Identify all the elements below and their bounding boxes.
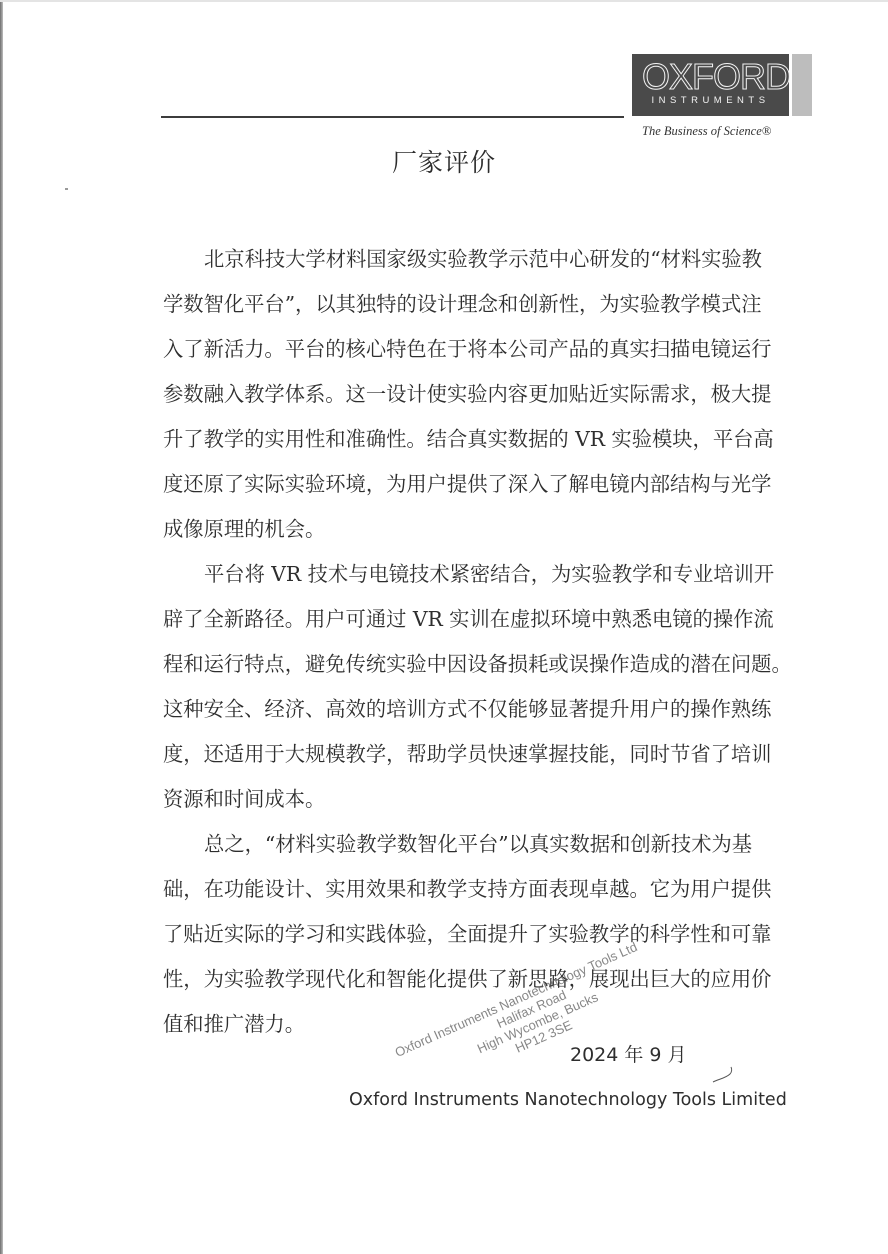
text-line: 平台将 VR 技术与电镜技术紧密结合，为实验教学和专业培训开 [163, 552, 758, 597]
scan-speck [65, 188, 68, 190]
document-title: 厂家评价 [0, 146, 888, 180]
text-line: 成像原理的机会。 [163, 507, 758, 552]
text-line: 度还原了实际实验环境，为用户提供了深入了解电镜内部结构与光学 [163, 462, 758, 507]
text-line: 总之，“材料实验教学数智化平台”以真实数据和创新技术为基 [163, 822, 758, 867]
logo-strip [792, 54, 812, 116]
text-line: 入了新活力。平台的核心特色在于将本公司产品的真实扫描电镜运行 [163, 327, 758, 372]
text-line: 学数智化平台”，以其独特的设计理念和创新性，为实验教学模式注 [163, 282, 758, 327]
scan-edge-top [0, 0, 888, 2]
document-body: 北京科技大学材料国家级实验教学示范中心研发的“材料实验教 学数智化平台”，以其独… [163, 237, 758, 1047]
text-line: 度，还适用于大规模教学，帮助学员快速掌握技能，同时节省了培训 [163, 732, 758, 777]
logo-subtitle: INSTRUMENTS [632, 95, 789, 107]
paragraph-2: 平台将 VR 技术与电镜技术紧密结合，为实验教学和专业培训开 辟了全新路径。用户… [163, 552, 758, 822]
text-line: 资源和时间成本。 [163, 777, 758, 822]
text-line: 程和运行特点，避免传统实验中因设备损耗或误操作造成的潜在问题。 [163, 642, 758, 687]
header-rule [161, 116, 624, 118]
text-line: 这种安全、经济、高效的培训方式不仅能够显著提升用户的操作熟练 [163, 687, 758, 732]
oxford-instruments-logo: OXFORD INSTRUMENTS [632, 54, 812, 116]
text-line: 北京科技大学材料国家级实验教学示范中心研发的“材料实验教 [163, 237, 758, 282]
logo-wordmark: OXFORD [642, 57, 782, 97]
paragraph-1: 北京科技大学材料国家级实验教学示范中心研发的“材料实验教 学数智化平台”，以其独… [163, 237, 758, 552]
logo-box: OXFORD INSTRUMENTS [632, 54, 789, 116]
signature-mark [712, 1066, 734, 1084]
scan-edge-left [0, 0, 3, 1254]
text-line: 升了教学的实用性和准确性。结合真实数据的 VR 实验模块，平台高 [163, 417, 758, 462]
text-line: 参数融入教学体系。这一设计使实验内容更加贴近实际需求，极大提 [163, 372, 758, 417]
text-line: 辟了全新路径。用户可通过 VR 实训在虚拟环境中熟悉电镜的操作流 [163, 597, 758, 642]
text-line: 础，在功能设计、实用效果和教学支持方面表现卓越。它为用户提供 [163, 867, 758, 912]
logo-tagline: The Business of Science® [642, 124, 792, 139]
